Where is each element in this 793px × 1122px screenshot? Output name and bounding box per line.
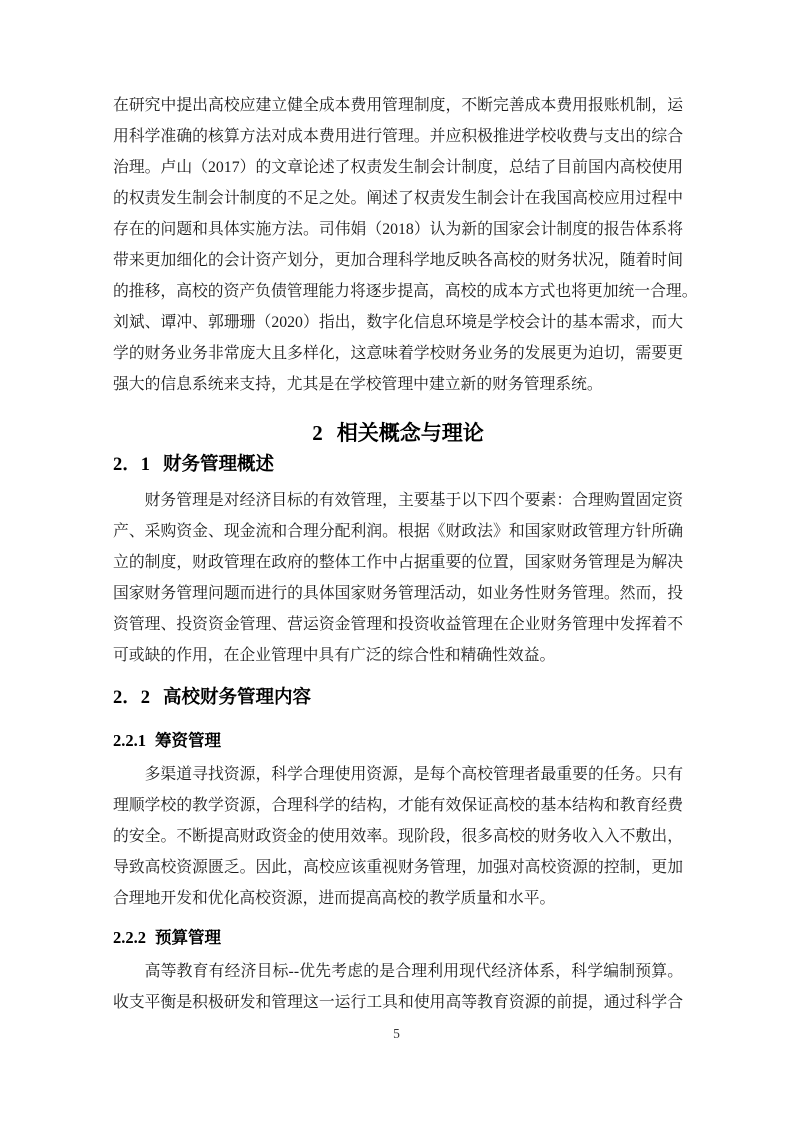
- subsection-title: 预算管理: [155, 928, 221, 947]
- section-heading-2-1: 2．1财务管理概述: [113, 450, 683, 480]
- subsection-2-2-2-paragraph: 高等教育有经济目标--优先考虑的是合理利用现代经济体系，科学编制预算。 收支平衡…: [113, 956, 683, 1018]
- section-2-1-paragraph: 财务管理是对经济目标的有效管理，主要基于以下四个要素：合理购置固定资 产、采购资…: [113, 485, 683, 671]
- subsection-heading-2-2-2: 2.2.2预算管理: [113, 923, 683, 953]
- section-title: 财务管理概述: [163, 455, 274, 475]
- text-line: 带来更加细化的会计资产划分，更加合理科学地反映各高校的财务状况，随着时间: [113, 245, 683, 276]
- text-line: 学的财务业务非常庞大且多样化，这意味着学校财务业务的发展更为迫切，需要更: [113, 338, 683, 369]
- text-line: 收支平衡是积极研发和管理这一运行工具和使用高等教育资源的前提，通过科学合: [113, 987, 683, 1018]
- text-line: 国家财务管理问题而进行的具体国家财务管理活动，如业务性财务管理。然而，投: [113, 578, 683, 609]
- subsection-number: 2.2.1: [113, 731, 146, 750]
- section-number: 2．1: [113, 455, 150, 475]
- text-line: 在研究中提出高校应建立健全成本费用管理制度，不断完善成本费用报账机制，运: [113, 90, 683, 121]
- section-heading-2-2: 2．2高校财务管理内容: [113, 683, 683, 713]
- text-line: 资管理、投资资金管理、营运资金管理和投资收益管理在企业财务管理中发挥着不: [113, 609, 683, 640]
- chapter-title: 相关概念与理论: [337, 421, 484, 445]
- text-line: 用科学准确的核算方法对成本费用进行管理。并应积极推进学校收费与支出的综合: [113, 121, 683, 152]
- page-footer: 5: [0, 1026, 793, 1042]
- subsection-title: 筹资管理: [155, 731, 221, 750]
- text-line: 产、采购资金、现金流和合理分配利润。根据《财政法》和国家财政管理方针所确: [113, 516, 683, 547]
- text-line: 存在的问题和具体实施方法。司伟娟（2018）认为新的国家会计制度的报告体系将: [113, 214, 683, 245]
- text-line: 治理。卢山（2017）的文章论述了权责发生制会计制度，总结了目前国内高校使用: [113, 152, 683, 183]
- chapter-number: 2: [312, 421, 323, 445]
- text-line: 合理地开发和优化高校资源，进而提高高校的教学质量和水平。: [113, 883, 683, 914]
- page-number: 5: [393, 1026, 400, 1041]
- subsection-2-2-1-paragraph: 多渠道寻找资源，科学合理使用资源，是每个高校管理者最重要的任务。只有 理顺学校的…: [113, 759, 683, 914]
- text-line: 多渠道寻找资源，科学合理使用资源，是每个高校管理者最重要的任务。只有: [113, 759, 683, 790]
- text-line: 可或缺的作用，在企业管理中具有广泛的综合性和精确性效益。: [113, 640, 683, 671]
- text-line: 高等教育有经济目标--优先考虑的是合理利用现代经济体系，科学编制预算。: [113, 956, 683, 987]
- intro-paragraph: 在研究中提出高校应建立健全成本费用管理制度，不断完善成本费用报账机制，运 用科学…: [113, 90, 683, 400]
- document-page: 在研究中提出高校应建立健全成本费用管理制度，不断完善成本费用报账机制，运 用科学…: [0, 0, 793, 1122]
- section-number: 2．2: [113, 688, 150, 708]
- text-line: 的推移，高校的资产负债管理能力将逐步提高，高校的成本方式也将更加统一合理。: [113, 276, 683, 307]
- text-line: 刘斌、谭冲、郭珊珊（2020）指出，数字化信息环境是学校会计的基本需求，而大: [113, 307, 683, 338]
- text-line: 的权责发生制会计制度的不足之处。阐述了权责发生制会计在我国高校应用过程中: [113, 183, 683, 214]
- chapter-heading: 2相关概念与理论: [113, 416, 683, 450]
- section-title: 高校财务管理内容: [163, 688, 311, 708]
- page-content: 在研究中提出高校应建立健全成本费用管理制度，不断完善成本费用报账机制，运 用科学…: [113, 0, 683, 1018]
- text-line: 强大的信息系统来支持，尤其是在学校管理中建立新的财务管理系统。: [113, 369, 683, 400]
- text-line: 的安全。不断提高财政资金的使用效率。现阶段，很多高校的财务收入入不敷出，: [113, 821, 683, 852]
- subsection-number: 2.2.2: [113, 928, 146, 947]
- text-line: 财务管理是对经济目标的有效管理，主要基于以下四个要素：合理购置固定资: [113, 485, 683, 516]
- text-line: 理顺学校的教学资源，合理科学的结构，才能有效保证高校的基本结构和教育经费: [113, 790, 683, 821]
- text-line: 立的制度，财政管理在政府的整体工作中占据重要的位置，国家财务管理是为解决: [113, 547, 683, 578]
- text-line: 导致高校资源匮乏。因此，高校应该重视财务管理，加强对高校资源的控制，更加: [113, 852, 683, 883]
- subsection-heading-2-2-1: 2.2.1筹资管理: [113, 726, 683, 756]
